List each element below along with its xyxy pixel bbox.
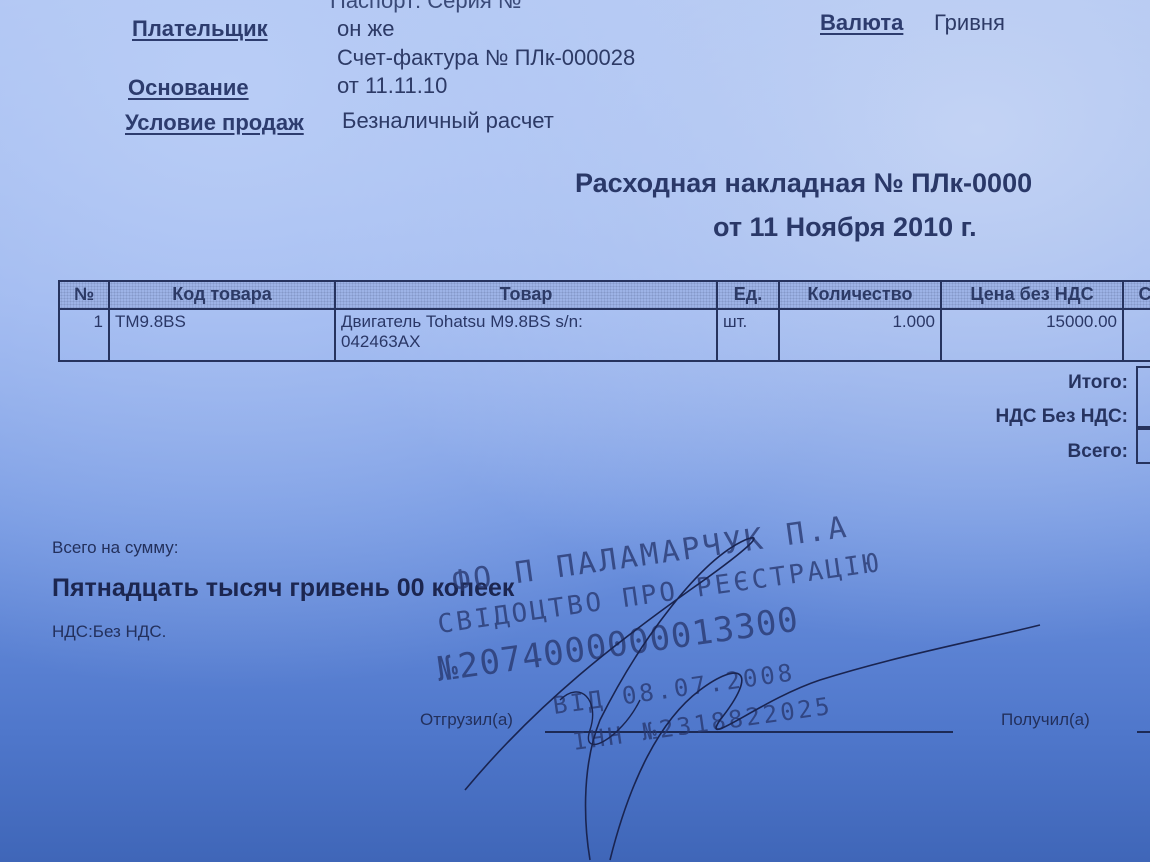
col-quantity: Количество	[779, 281, 941, 309]
passport-line-cut: Паспорт: Серия №	[330, 0, 522, 14]
sum-in-words: Пятнадцать тысяч гривень 00 копеек	[52, 574, 514, 603]
currency-label: Валюта	[820, 10, 903, 36]
payer-value: он же	[337, 16, 394, 42]
payer-label: Плательщик	[132, 16, 268, 42]
currency-value: Гривня	[934, 10, 1005, 36]
basis-date: от 11.11.10	[337, 73, 447, 99]
table-row: 1 TM9.8BS Двигатель Tohatsu M9.8BS s/n: …	[59, 309, 1150, 361]
received-label: Получил(а)	[1001, 710, 1090, 730]
basis-invoice: Счет-фактура № ПЛк-000028	[337, 45, 635, 71]
row-name-line1: Двигатель Tohatsu M9.8BS s/n:	[341, 312, 711, 332]
col-price: Цена без НДС	[941, 281, 1123, 309]
row-code: TM9.8BS	[109, 309, 335, 361]
received-signature-line	[1137, 731, 1150, 733]
row-sum	[1123, 309, 1150, 361]
row-number: 1	[59, 309, 109, 361]
sale-terms-label: Условие продаж	[125, 110, 341, 136]
subtotal-box	[1136, 366, 1150, 430]
vat-note: НДС:Без НДС.	[52, 622, 166, 642]
col-unit: Ед.	[717, 281, 779, 309]
sum-caption: Всего на сумму:	[52, 538, 178, 558]
col-sum: С	[1123, 281, 1150, 309]
col-number: №	[59, 281, 109, 309]
basis-label: Основание	[128, 75, 249, 101]
table-header-row: № Код товара Товар Ед. Количество Цена б…	[59, 281, 1150, 309]
shipped-label: Отгрузил(а)	[420, 710, 513, 730]
col-code: Код товара	[109, 281, 335, 309]
goods-table: № Код товара Товар Ед. Количество Цена б…	[58, 280, 1150, 362]
vat-label: НДС Без НДС:	[995, 406, 1128, 428]
row-quantity: 1.000	[779, 309, 941, 361]
row-price: 15000.00	[941, 309, 1123, 361]
document-date: от 11 Ноября 2010 г.	[713, 212, 977, 243]
total-box	[1136, 426, 1150, 464]
subtotal-label: Итого:	[1068, 372, 1128, 394]
col-name: Товар	[335, 281, 717, 309]
row-unit: шт.	[717, 309, 779, 361]
total-label: Всего:	[1068, 441, 1128, 463]
sale-terms-value: Безналичный расчет	[342, 108, 554, 134]
document-title: Расходная накладная № ПЛк-0000	[575, 168, 1032, 199]
row-name: Двигатель Tohatsu M9.8BS s/n: 042463AX	[335, 309, 717, 361]
row-name-line2: 042463AX	[341, 332, 711, 352]
